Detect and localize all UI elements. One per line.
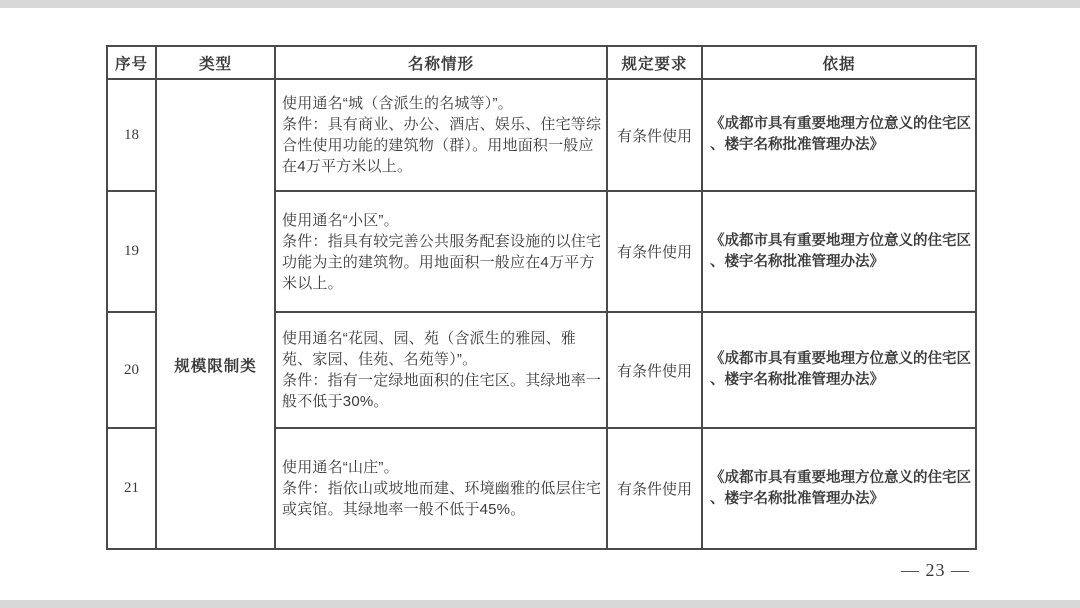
column-header-type: 类型 <box>156 46 275 79</box>
usage-text: 使用通名“城（含派生的名城等）”。 <box>282 93 604 114</box>
usage-text: 使用通名“花园、园、苑（含派生的雅园、雅苑、家园、佳苑、名苑等）”。 <box>282 328 604 370</box>
name-situation-cell: 使用通名“花园、园、苑（含派生的雅园、雅苑、家园、佳苑、名苑等）”。 条件：指有… <box>275 312 607 428</box>
condition-text: 条件：指有一定绿地面积的住宅区。其绿地率一般不低于30%。 <box>282 370 604 412</box>
table-header-row: 序号 类型 名称情形 规定要求 依据 <box>107 46 976 79</box>
condition-text: 条件：指依山或坡地而建、环境幽雅的低层住宅或宾馆。其绿地率一般不低于45%。 <box>282 478 604 520</box>
basis-cell: 《成都市具有重要地理方位意义的住宅区、楼宇名称批准管理办法》 <box>702 191 976 312</box>
top-gray-band <box>0 0 1080 8</box>
basis-cell: 《成都市具有重要地理方位意义的住宅区、楼宇名称批准管理办法》 <box>702 428 976 549</box>
basis-cell: 《成都市具有重要地理方位意义的住宅区、楼宇名称批准管理办法》 <box>702 79 976 191</box>
column-header-name-situation: 名称情形 <box>275 46 607 79</box>
row-number: 18 <box>107 79 156 191</box>
row-number: 21 <box>107 428 156 549</box>
naming-rules-table: 序号 类型 名称情形 规定要求 依据 18 规模限制类 使用通名“城（含派生的名… <box>106 45 977 550</box>
row-number: 19 <box>107 191 156 312</box>
usage-text: 使用通名“山庄”。 <box>282 457 604 478</box>
basis-cell: 《成都市具有重要地理方位意义的住宅区、楼宇名称批准管理办法》 <box>702 312 976 428</box>
document-page: 序号 类型 名称情形 规定要求 依据 18 规模限制类 使用通名“城（含派生的名… <box>0 0 1080 608</box>
condition-text: 条件：具有商业、办公、酒店、娱乐、住宅等综合性使用功能的建筑物（群）。用地面积一… <box>282 114 604 177</box>
requirement-cell: 有条件使用 <box>607 428 702 549</box>
column-header-basis: 依据 <box>702 46 976 79</box>
condition-text: 条件：指具有较完善公共服务配套设施的以住宅功能为主的建筑物。用地面积一般应在4万… <box>282 231 604 294</box>
type-group-label: 规模限制类 <box>157 354 274 376</box>
requirement-cell: 有条件使用 <box>607 312 702 428</box>
column-header-requirement: 规定要求 <box>607 46 702 79</box>
bottom-gray-band <box>0 600 1080 608</box>
column-header-no: 序号 <box>107 46 156 79</box>
name-situation-cell: 使用通名“小区”。 条件：指具有较完善公共服务配套设施的以住宅功能为主的建筑物。… <box>275 191 607 312</box>
type-merged-cell: 规模限制类 <box>156 79 275 549</box>
name-situation-cell: 使用通名“城（含派生的名城等）”。 条件：具有商业、办公、酒店、娱乐、住宅等综合… <box>275 79 607 191</box>
table-row: 18 规模限制类 使用通名“城（含派生的名城等）”。 条件：具有商业、办公、酒店… <box>107 79 976 191</box>
page-number: — 23 — <box>901 560 970 581</box>
row-number: 20 <box>107 312 156 428</box>
requirement-cell: 有条件使用 <box>607 191 702 312</box>
requirement-cell: 有条件使用 <box>607 79 702 191</box>
usage-text: 使用通名“小区”。 <box>282 210 604 231</box>
name-situation-cell: 使用通名“山庄”。 条件：指依山或坡地而建、环境幽雅的低层住宅或宾馆。其绿地率一… <box>275 428 607 549</box>
